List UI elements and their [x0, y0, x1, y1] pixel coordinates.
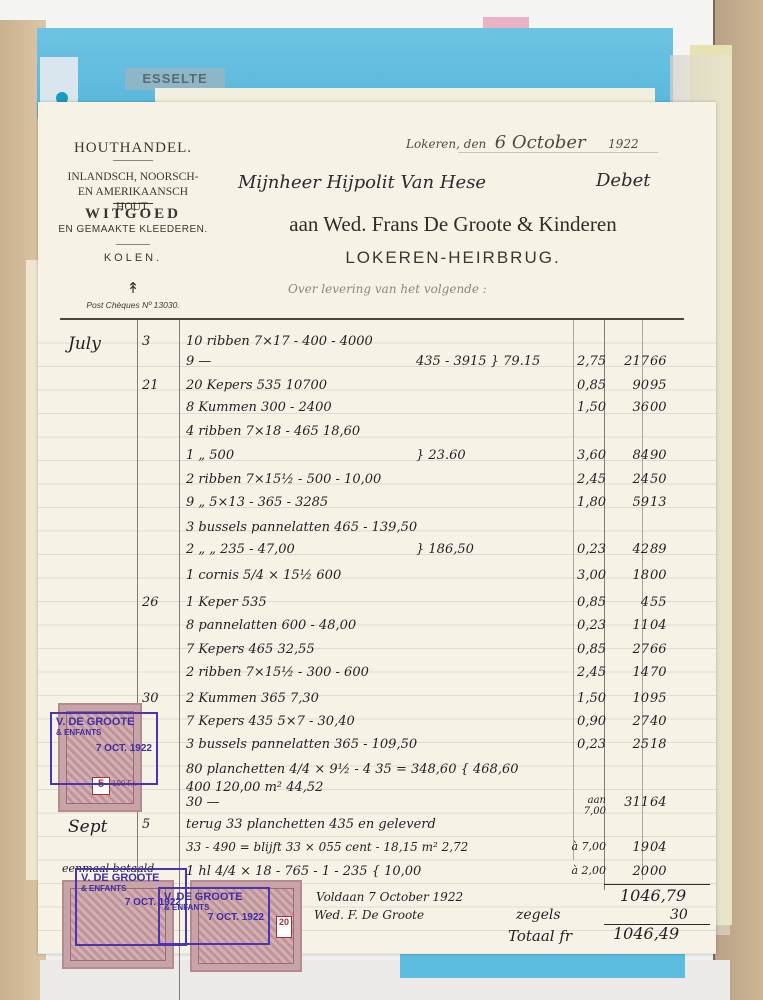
ledger-cell-ct: 90 [650, 448, 690, 463]
ledger-row: 9 —435 - 3915 } 79.152,7521766 [38, 354, 716, 376]
ledger-cell-rate: 0,23 [566, 737, 606, 752]
ledger-row: 33 - 490 = blijft 33 × 055 cent - 18,15 … [38, 840, 716, 862]
firm-name: aan Wed. Frans De Groote & Kinderen [238, 212, 668, 237]
ledger-cell-ct: 50 [650, 472, 690, 487]
ledger-cell-fr: 25 [613, 737, 649, 752]
ledger-cell-desc: 2 Kummen 365 7,30 [186, 691, 319, 706]
ledger-cell-rate: 2,45 [566, 665, 606, 680]
ledger-cell-desc: 1 Keper 535 [186, 595, 267, 610]
ledger-cell-fr: 20 [613, 864, 649, 879]
ledger-cell-desc: terug 33 planchetten 435 en geleverd [186, 817, 436, 832]
ledger-cell-fr: 59 [613, 495, 649, 510]
ledger-row: 9 „ 5×13 - 365 - 32851,805913 [38, 495, 716, 517]
ledger-row: July310 ribben 7×17 - 400 - 4000 [38, 334, 716, 356]
ledger-cell-day: 21 [142, 378, 159, 393]
ledger-row: 4 ribben 7×18 - 465 18,60 [38, 424, 716, 446]
firm-city: LOKEREN-HEIRBRUG. [238, 248, 668, 268]
ledger-cell-fr: 27 [613, 642, 649, 657]
ledger-row: 7 Kepers 465 32,550,852766 [38, 642, 716, 664]
stamps-value: 30 [670, 907, 688, 923]
ledger-cell-desc: 3 bussels pannelatten 465 - 139,50 [186, 520, 417, 535]
ledger-cell-desc: 8 Kummen 300 - 2400 [186, 400, 332, 415]
place-date: Lokeren, den 6 October 1922 [406, 132, 639, 153]
ledger-cell-sub: 435 - 3915 } 79.15 [416, 354, 540, 369]
ledger-row: 1 „ 500} 23.603,608490 [38, 448, 716, 470]
stamps-label: zegels [516, 907, 561, 923]
ledger-row: 2 ribben 7×15½ - 500 - 10,002,452450 [38, 472, 716, 494]
ledger-cell-month: July [68, 334, 101, 354]
ledger-cell-desc: 3 bussels pannelatten 365 - 109,50 [186, 737, 417, 752]
ledger-cell-fr: 11 [613, 618, 649, 633]
ledger-row: 2120 Kepers 535 107000,859095 [38, 378, 716, 400]
ledger-cell-ct: 13 [650, 495, 690, 510]
ledger-cell-month: Sept [68, 817, 107, 837]
delivery-line: Over levering van het volgende : [288, 282, 487, 296]
ledger-cell-desc: 2 ribben 7×15½ - 500 - 10,00 [186, 472, 381, 487]
ledger-cell-desc: 9 — [186, 354, 211, 369]
ledger-cell-ct: 66 [650, 354, 690, 369]
subtotal-rule [604, 884, 710, 885]
ledger-cell-fr: 14 [613, 665, 649, 680]
ledger-cell-rate: 0,90 [566, 714, 606, 729]
ledger-cell-sub: } 23.60 [416, 448, 466, 463]
header-rule [60, 318, 684, 320]
ledger-cell-fr: 10 [613, 691, 649, 706]
ledger-cell-fr: 19 [613, 840, 649, 855]
ledger-cell-desc: 7 Kepers 465 32,55 [186, 642, 315, 657]
invoice-date: 6 October [495, 132, 586, 153]
cancellation-stamp: V. DE GROOTE & ENFANTS 7 OCT. 1922 [158, 887, 270, 945]
ledger-row: 261 Keper 5350,85455 [38, 595, 716, 617]
invoice-year: 1922 [608, 137, 639, 151]
ledger-cell-rate: 0,85 [566, 378, 606, 393]
ledger-cell-rate: 3,00 [566, 568, 606, 583]
date-underline [458, 152, 658, 153]
ledger-cell-ct: 00 [650, 400, 690, 415]
ledger-cell-ct: 64 [650, 795, 690, 810]
ledger-cell-rate: 1,50 [566, 400, 606, 415]
ledger-cell-desc: 80 planchetten 4/4 × 9½ - 4 35 = 348,60 … [186, 762, 519, 777]
ledger-cell-desc: 30 — [186, 795, 220, 810]
signature: Wed. F. De Groote [314, 908, 424, 922]
ledger-row: Sept5terug 33 planchetten 435 en gelever… [38, 817, 716, 839]
ledger-cell-rate: 3,60 [566, 448, 606, 463]
folder-brand-label: ESSELTE [125, 68, 225, 90]
addressee: Mijnheer Hijpolit Van Hese [238, 172, 486, 193]
invoice-document: HOUTHANDEL. INLANDSCH, NOORSCH- EN AMERI… [38, 102, 716, 954]
ledger-cell-fr: 311 [613, 795, 649, 810]
ledger-cell-ct: 95 [650, 691, 690, 706]
ledger-cell-day: 26 [142, 595, 159, 610]
ledger-cell-ct: 18 [650, 737, 690, 752]
ledger-cell-rate: 2,45 [566, 472, 606, 487]
ledger-cell-rate: 2,75 [566, 354, 606, 369]
ledger-cell-fr: 27 [613, 714, 649, 729]
letterhead-clothing: EN GEMAAKTE KLEEDEREN. [38, 224, 228, 235]
ledger-cell-desc: 4 ribben 7×18 - 465 18,60 [186, 424, 360, 439]
ledger-cell-desc: 10 ribben 7×17 - 400 - 4000 [186, 334, 373, 349]
ledger-cell-ct: 70 [650, 665, 690, 680]
debet-label: Debet [596, 170, 651, 191]
ledger-cell-rate: à 2,00 [566, 864, 606, 877]
ledger-cell-rate: à 7,00 [566, 840, 606, 853]
ledger-cell-ct: 95 [650, 378, 690, 393]
divider [116, 244, 150, 245]
ledger-cell-desc: 33 - 490 = blijft 33 × 055 cent - 18,15 … [186, 840, 468, 854]
divider [113, 160, 153, 161]
letterhead-witgoed: WITGOED [38, 206, 228, 223]
cancellation-stamp: V. DE GROOTE & ENFANTS 7 OCT. 1922 [50, 712, 158, 785]
ledger-cell-ct: 00 [650, 864, 690, 879]
ledger-row: 8 pannelatten 600 - 48,000,231104 [38, 618, 716, 640]
arrow-icon: ↟ [38, 279, 228, 298]
ledger-cell-desc: 400 120,00 m² 44,52 [186, 780, 323, 795]
ledger-row: 2 ribben 7×15½ - 300 - 6002,451470 [38, 665, 716, 687]
ledger-cell-ct: 04 [650, 618, 690, 633]
post-cheques-number: Post Chèques Nº 13030. [38, 300, 228, 310]
letterhead-coal: KOLEN. [38, 252, 228, 264]
ledger-cell-fr: 84 [613, 448, 649, 463]
ledger-cell-ct: 55 [650, 595, 690, 610]
total-value: 1046,49 [613, 924, 679, 943]
ledger-row: 2 „ „ 235 - 47,00} 186,500,234289 [38, 542, 716, 564]
subtotal-value: 1046,79 [620, 886, 686, 905]
ledger-cell-fr: 90 [613, 378, 649, 393]
ledger-cell-ct: 40 [650, 714, 690, 729]
ledger-row: 8 Kummen 300 - 24001,503600 [38, 400, 716, 422]
stamp-value: 20 [276, 916, 292, 938]
ledger-cell-fr: 18 [613, 568, 649, 583]
ledger-cell-desc: 2 ribben 7×15½ - 300 - 600 [186, 665, 369, 680]
ledger-cell-rate: 0,23 [566, 618, 606, 633]
letterhead: HOUTHANDEL. INLANDSCH, NOORSCH- EN AMERI… [38, 102, 716, 320]
ledger-cell-desc: 20 Kepers 535 10700 [186, 378, 327, 393]
ledger-cell-rate: 1,50 [566, 691, 606, 706]
letterhead-trade: HOUTHANDEL. [38, 140, 228, 157]
ledger-cell-desc: 7 Kepers 435 5×7 - 30,40 [186, 714, 355, 729]
ledger-cell-fr: 24 [613, 472, 649, 487]
ledger-cell-day: 5 [142, 817, 150, 832]
divider [113, 203, 153, 204]
ledger-cell-fr: 217 [613, 354, 649, 369]
ledger-cell-desc: 9 „ 5×13 - 365 - 3285 [186, 495, 328, 510]
ledger-row: 3 bussels pannelatten 465 - 139,50 [38, 520, 716, 542]
ledger-cell-ct: 00 [650, 568, 690, 583]
total-label: Totaal fr [508, 927, 572, 945]
ledger-cell-sub: } 186,50 [416, 542, 474, 557]
ledger-cell-rate: 1,80 [566, 495, 606, 510]
ledger-cell-desc: 1 „ 500 [186, 448, 234, 463]
ledger-cell-rate: aan 7,00 [566, 795, 606, 817]
ledger-cell-rate: 0,23 [566, 542, 606, 557]
ledger-cell-desc: 1 hl 4/4 × 18 - 765 - 1 - 235 { 10,00 [186, 864, 421, 879]
ledger-cell-rate: 0,85 [566, 642, 606, 657]
ledger-cell-desc: 1 cornis 5/4 × 15½ 600 [186, 568, 341, 583]
blue-folder-bottom [400, 950, 685, 978]
ledger-row: 1 cornis 5/4 × 15½ 6003,001800 [38, 568, 716, 590]
ledger-cell-desc: 8 pannelatten 600 - 48,00 [186, 618, 356, 633]
ledger-cell-ct: 66 [650, 642, 690, 657]
ledger-cell-fr: 42 [613, 542, 649, 557]
paid-note: Voldaan 7 October 1922 [316, 890, 463, 904]
ledger-cell-ct: 89 [650, 542, 690, 557]
ledger-cell-day: 30 [142, 691, 159, 706]
ledger-cell-rate: 0,85 [566, 595, 606, 610]
ledger-cell-fr: 36 [613, 400, 649, 415]
ledger-cell-desc: 2 „ „ 235 - 47,00 [186, 542, 295, 557]
ledger-cell-ct: 04 [650, 840, 690, 855]
ledger-cell-day: 3 [142, 334, 150, 349]
ledger-cell-fr: 4 [613, 595, 649, 610]
